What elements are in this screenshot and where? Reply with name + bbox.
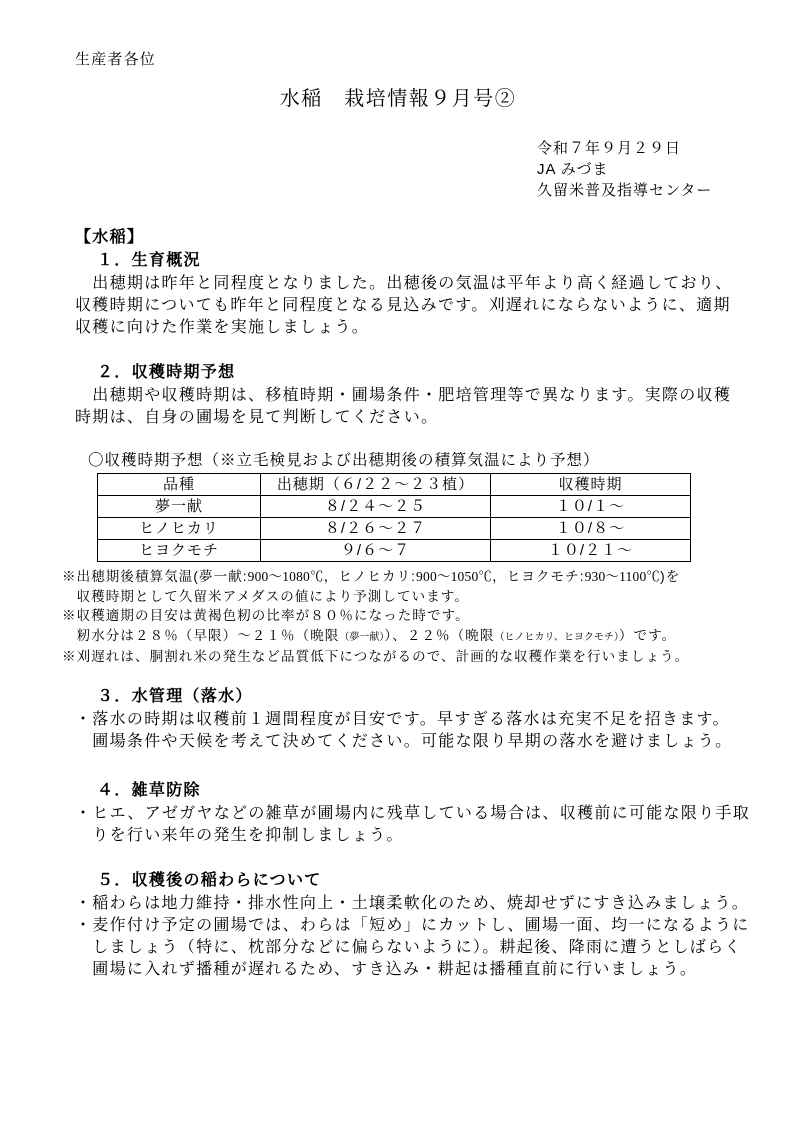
org-name: JA みづま [537,159,754,180]
column-header-harvest-period: 収穫時期 [491,474,691,496]
footnote-text: ※出穂期後積算気温(夢一献: [62,569,248,584]
table-footnotes: ※出穂期後積算気温(夢一献:900～1080℃，ヒノヒカリ:900～1050℃，… [62,567,754,667]
section-4-heading: ４．雑草防除 [97,779,754,803]
variety-cell: ヒノヒカリ [98,518,261,540]
heading-date-cell: ９/６～７ [261,540,491,562]
issue-date: 令和７年９月２９日 [537,138,754,159]
footnote-text: ，ヒノヒカリ: [324,569,416,584]
heading-date-cell: ８/２６～２７ [261,518,491,540]
heading-date-cell: ８/２４～２５ [261,496,491,518]
section-2-heading: ２．収穫時期予想 [97,361,754,385]
section-4-bullet: ・ヒエ、アゼガヤなどの雑草が圃場内に残草している場合は、収穫前に可能な限り手取 … [75,803,754,847]
footnote-text: )を [660,569,680,584]
section-1-paragraph: 出穂期は昨年と同程度となりました。出穂後の気温は平年より高く経過しており、 収穫… [75,273,754,339]
harvest-period-cell: １０/２１～ [491,540,691,562]
date-org-block: 令和７年９月２９日 JA みづま 久留米普及指導センター [537,138,754,201]
variety-cell: 夢一献 [98,496,261,518]
footnote-late-cutting: ※刈遅れは、胴割れ米の発生など品質低下につながるので、計画的な収穫作業を行いまし… [62,647,754,667]
table-header-row: 品種 出穂期（６/２２～２３植） 収穫時期 [98,474,691,496]
harvest-period-cell: １０/８～ [491,518,691,540]
section-2-paragraph: 出穂期や収穫時期は、移植時期・圃場条件・肥培管理等で異なります。実際の収穫 時期… [75,385,754,429]
recipient-line: 生産者各位 [75,50,754,70]
section-5-bullet-2: ・麦作付け予定の圃場では、わらは「短め」にカットし、圃場一面、均一になるように … [75,915,754,981]
footnote-moisture: 籾水分は２８％（早限）～２１％（晩限（夢一献））、２２％（晩限（ヒノヒカリ、ヒヨ… [62,626,754,648]
variety-note-yumeikkon: （夢一献） [339,632,384,643]
variety-cell: ヒヨクモチ [98,540,261,562]
footnote-amedas: 収穫時期として久留米アメダスの値により予測しています。 [62,587,754,607]
footnote-text: 籾水分は２８％（早限）～２１％（晩限 [62,628,339,643]
footnote-text: ，ヒヨクモチ: [492,569,584,584]
harvest-forecast-table: 品種 出穂期（６/２２～２３植） 収穫時期 夢一献 ８/２４～２５ １０/１～ … [97,473,691,562]
temp-range-yumeikkon: 900～1080℃ [248,569,324,584]
table-row: 夢一献 ８/２４～２５ １０/１～ [98,496,691,518]
table-row: ヒノヒカリ ８/２６～２７ １０/８～ [98,518,691,540]
document-page: 生産者各位 水稲 栽培情報９月号② 令和７年９月２９日 JA みづま 久留米普及… [0,0,794,1123]
harvest-table-caption: 〇収穫時期予想（※立毛検見および出穂期後の積算気温により予想） [88,451,754,471]
footnote-text: ）、２２％（晩限 [384,628,494,643]
category-heading: 【水稲】 [75,227,754,249]
footnote-optimal-period: ※収穫適期の目安は黄褐色籾の比率が８０％になった時です。 [62,606,754,626]
section-3-heading: ３．水管理（落水） [97,685,754,709]
column-header-variety: 品種 [98,474,261,496]
temp-range-hinohikari: 900～1050℃ [416,569,492,584]
harvest-period-cell: １０/１～ [491,496,691,518]
page-title: 水稲 栽培情報９月号② [62,86,754,112]
section-5-bullet-1: ・稲わらは地力維持・排水性向上・土壌柔軟化のため、焼却せずにすき込みましょう。 [75,893,754,915]
section-3-bullet: ・落水の時期は収穫前１週間程度が目安です。早すぎる落水は充実不足を招きます。 圃… [75,709,754,753]
table-row: ヒヨクモチ ９/６～７ １０/２１～ [98,540,691,562]
footnote-text: ）です。 [619,628,676,643]
footnote-accumulated-temp: ※出穂期後積算気温(夢一献:900～1080℃，ヒノヒカリ:900～1050℃，… [62,567,754,587]
section-5-heading: ５．収穫後の稲わらについて [97,869,754,893]
column-header-heading-date: 出穂期（６/２２～２３植） [261,474,491,496]
variety-note-others: （ヒノヒカリ、ヒヨクモチ） [494,632,618,643]
center-name: 久留米普及指導センター [537,180,754,201]
temp-range-hiyokumochi: 930～1100℃ [585,569,661,584]
section-1-heading: １．生育概況 [97,249,754,273]
